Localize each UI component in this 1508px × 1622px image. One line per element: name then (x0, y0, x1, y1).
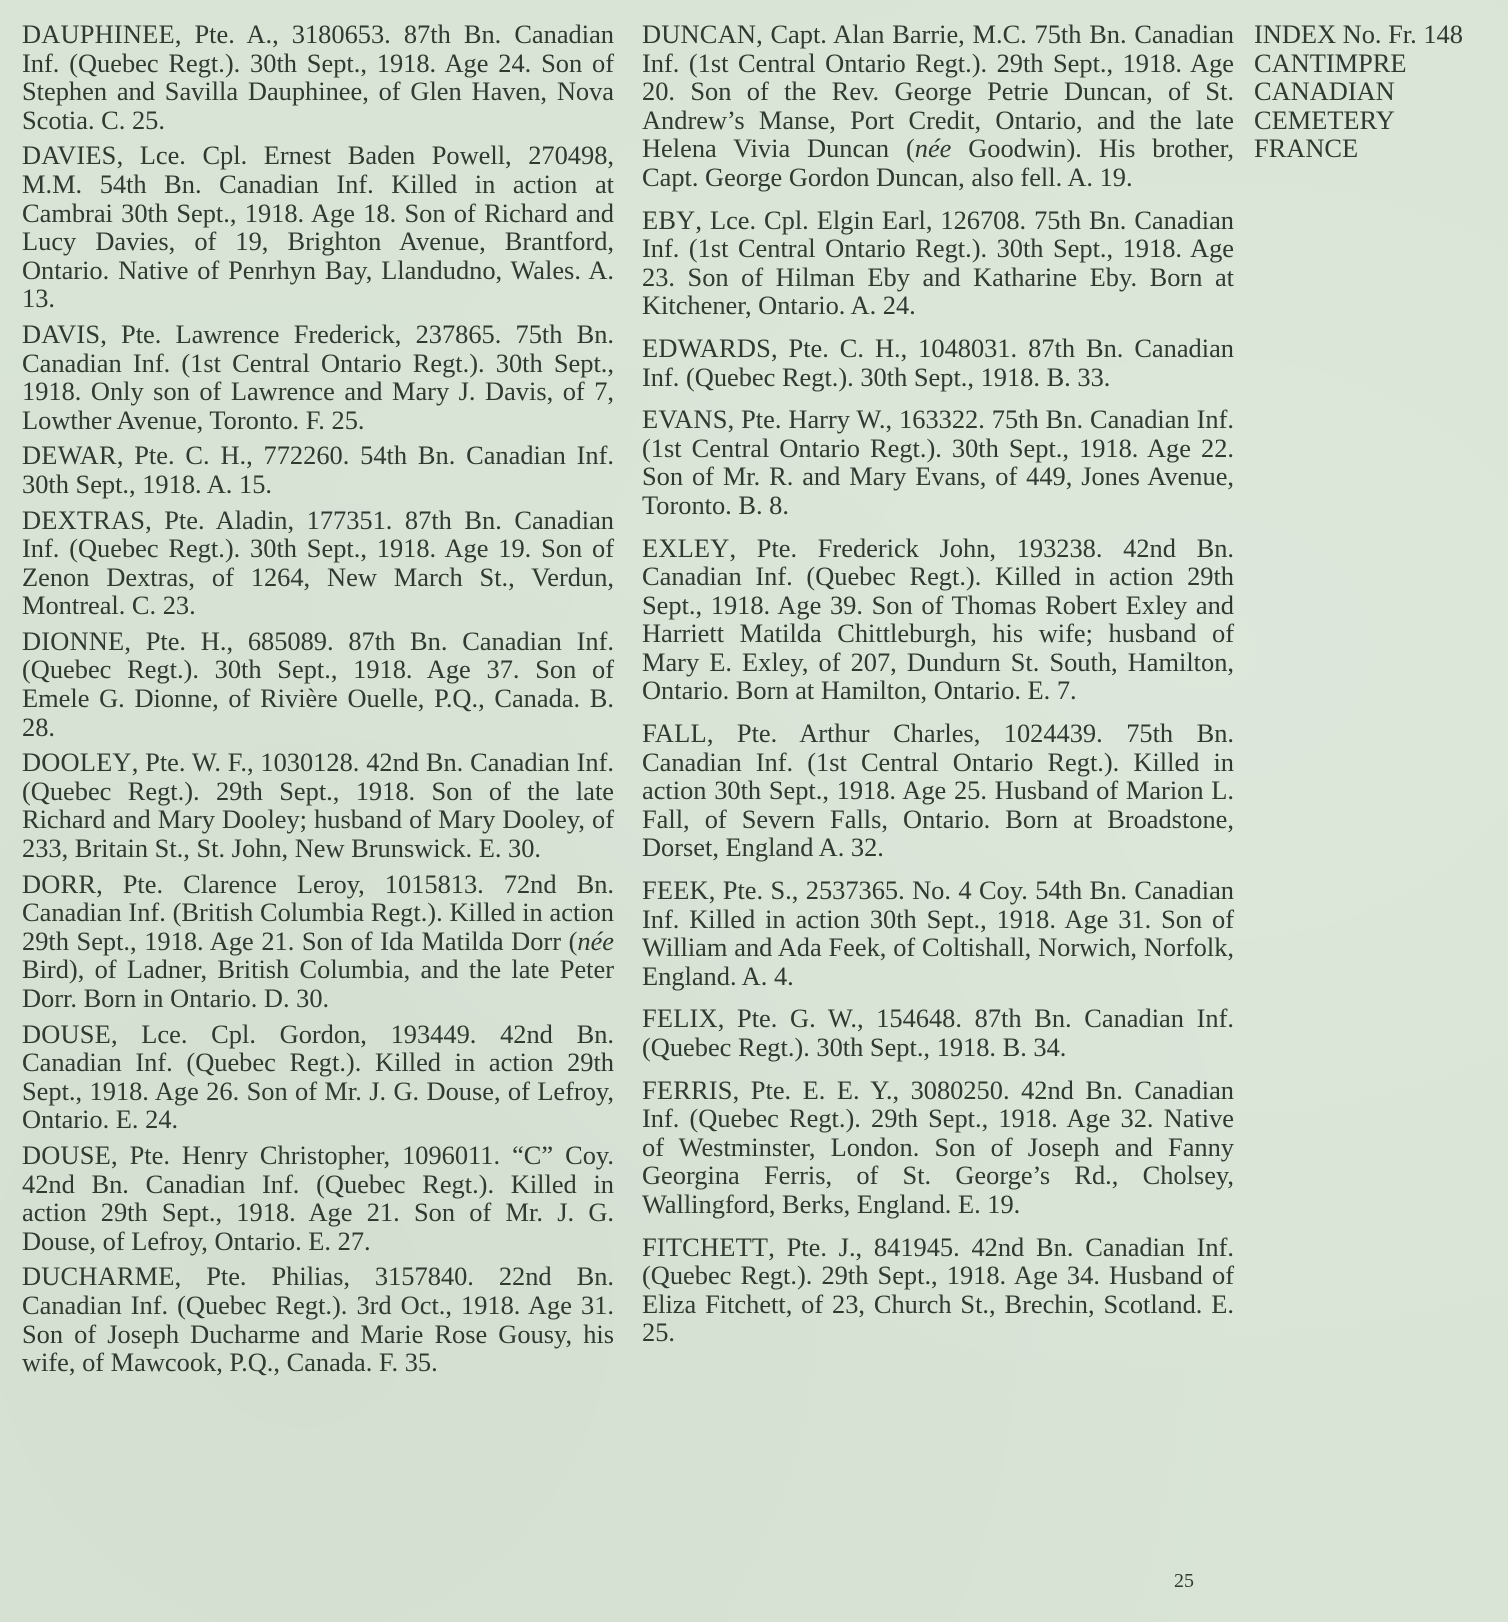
entry-details: , Pte. Frederick John, 193238. 42nd Bn. … (642, 533, 1234, 706)
entry-surname: EXLEY (642, 533, 729, 563)
register-entry-ferris: FERRIS, Pte. E. E. Y., 3080250. 42nd Bn.… (642, 1076, 1234, 1219)
entry-surname: EVANS (642, 404, 728, 434)
entry-surname: FERRIS (642, 1075, 733, 1105)
entry-details: , Pte. Harry W., 163322. 75th Bn. Canadi… (642, 404, 1234, 520)
register-entry-edwards: EDWARDS, Pte. C. H., 1048031. 87th Bn. C… (642, 334, 1234, 391)
entry-surname: DEWAR (22, 440, 117, 470)
register-entry-felix: FELIX, Pte. G. W., 154648. 87th Bn. Cana… (642, 1004, 1234, 1061)
entry-details: , Pte. S., 2537365. No. 4 Coy. 54th Bn. … (642, 875, 1234, 991)
entry-details: , Pte. Lawrence Frederick, 237865. 75th … (22, 319, 614, 435)
entry-surname: DOUSE (22, 1019, 111, 1049)
register-entry-ducharme: DUCHARME, Pte. Philias, 3157840. 22nd Bn… (22, 1262, 614, 1376)
entry-surname: DEXTRAS (22, 505, 145, 535)
page-number: 25 (1174, 1570, 1194, 1593)
register-entry-fall: FALL, Pte. Arthur Charles, 1024439. 75th… (642, 719, 1234, 862)
register-entry-dionne: DIONNE, Pte. H., 685089. 87th Bn. Canadi… (22, 627, 614, 741)
register-entry-davies: DAVIES, Lce. Cpl. Ernest Baden Powell, 2… (22, 141, 614, 313)
register-entry-dorr: DORR, Pte. Clarence Leroy, 1015813. 72nd… (22, 870, 614, 1013)
right-column: DUNCAN, Capt. Alan Barrie, M.C. 75th Bn.… (642, 20, 1234, 1361)
entry-surname: FELIX (642, 1003, 718, 1033)
entry-surname: DOUSE (22, 1140, 111, 1170)
entry-details: , Lce. Cpl. Gordon, 193449. 42nd Bn. Can… (22, 1019, 614, 1135)
entry-details: , Pte. Clarence Leroy, 1015813. 72nd Bn.… (22, 869, 614, 956)
entry-details: , Pte. Arthur Charles, 1024439. 75th Bn.… (642, 718, 1234, 862)
register-entry-douse-henry: DOUSE, Pte. Henry Christopher, 1096011. … (22, 1141, 614, 1255)
entry-surname: FITCHETT (642, 1232, 768, 1262)
register-entry-dextras: DEXTRAS, Pte. Aladin, 177351. 87th Bn. C… (22, 506, 614, 620)
register-entry-eby: EBY, Lce. Cpl. Elgin Earl, 126708. 75th … (642, 206, 1234, 320)
entry-surname: DAVIS (22, 319, 100, 349)
cemetery-name-line-2: CANADIAN (1254, 77, 1463, 106)
entry-details: , Pte. Henry Christopher, 1096011. “C” C… (22, 1140, 614, 1256)
entry-surname: EDWARDS (642, 333, 771, 363)
cemetery-country: FRANCE (1254, 134, 1463, 163)
index-number: INDEX No. Fr. 148 (1254, 20, 1463, 49)
entry-italic-nee: née (577, 926, 614, 956)
entry-surname: DIONNE (22, 626, 124, 656)
entry-surname: FALL (642, 718, 707, 748)
left-column: DAUPHINEE, Pte. A., 3180653. 87th Bn. Ca… (22, 20, 614, 1384)
entry-surname: FEEK (642, 875, 709, 905)
entry-details: , Lce. Cpl. Elgin Earl, 126708. 75th Bn.… (642, 205, 1234, 321)
entry-surname: DOOLEY (22, 747, 132, 777)
register-entry-dooley: DOOLEY, Pte. W. F., 1030128. 42nd Bn. Ca… (22, 748, 614, 862)
register-entry-exley: EXLEY, Pte. Frederick John, 193238. 42nd… (642, 534, 1234, 706)
entry-details: , Pte. G. W., 154648. 87th Bn. Canadian … (642, 1003, 1234, 1062)
cemetery-name-line-3: CEMETERY (1254, 106, 1463, 135)
register-entry-evans: EVANS, Pte. Harry W., 163322. 75th Bn. C… (642, 405, 1234, 519)
register-entry-feek: FEEK, Pte. S., 2537365. No. 4 Coy. 54th … (642, 876, 1234, 990)
register-page: DAUPHINEE, Pte. A., 3180653. 87th Bn. Ca… (0, 0, 1508, 1622)
entry-surname: DUNCAN (642, 19, 756, 49)
entry-surname: DAVIES (22, 140, 117, 170)
entry-surname: DORR (22, 869, 96, 899)
entry-surname: DUCHARME (22, 1261, 175, 1291)
register-entry-fitchett: FITCHETT, Pte. J., 841945. 42nd Bn. Cana… (642, 1233, 1234, 1347)
entry-italic-nee: née (915, 133, 952, 163)
register-entry-dauphinee: DAUPHINEE, Pte. A., 3180653. 87th Bn. Ca… (22, 20, 614, 134)
entry-surname: EBY (642, 205, 695, 235)
cemetery-index-heading: INDEX No. Fr. 148 CANTIMPRE CANADIAN CEM… (1254, 20, 1463, 163)
register-entry-douse-gordon: DOUSE, Lce. Cpl. Gordon, 193449. 42nd Bn… (22, 1020, 614, 1134)
register-entry-duncan: DUNCAN, Capt. Alan Barrie, M.C. 75th Bn.… (642, 20, 1234, 192)
register-entry-davis: DAVIS, Pte. Lawrence Frederick, 237865. … (22, 320, 614, 434)
entry-details-continued: Bird), of Ladner, British Columbia, and … (22, 954, 614, 1013)
entry-surname: DAUPHINEE (22, 19, 175, 49)
cemetery-name-line-1: CANTIMPRE (1254, 49, 1463, 78)
register-entry-dewar: DEWAR, Pte. C. H., 772260. 54th Bn. Cana… (22, 441, 614, 498)
